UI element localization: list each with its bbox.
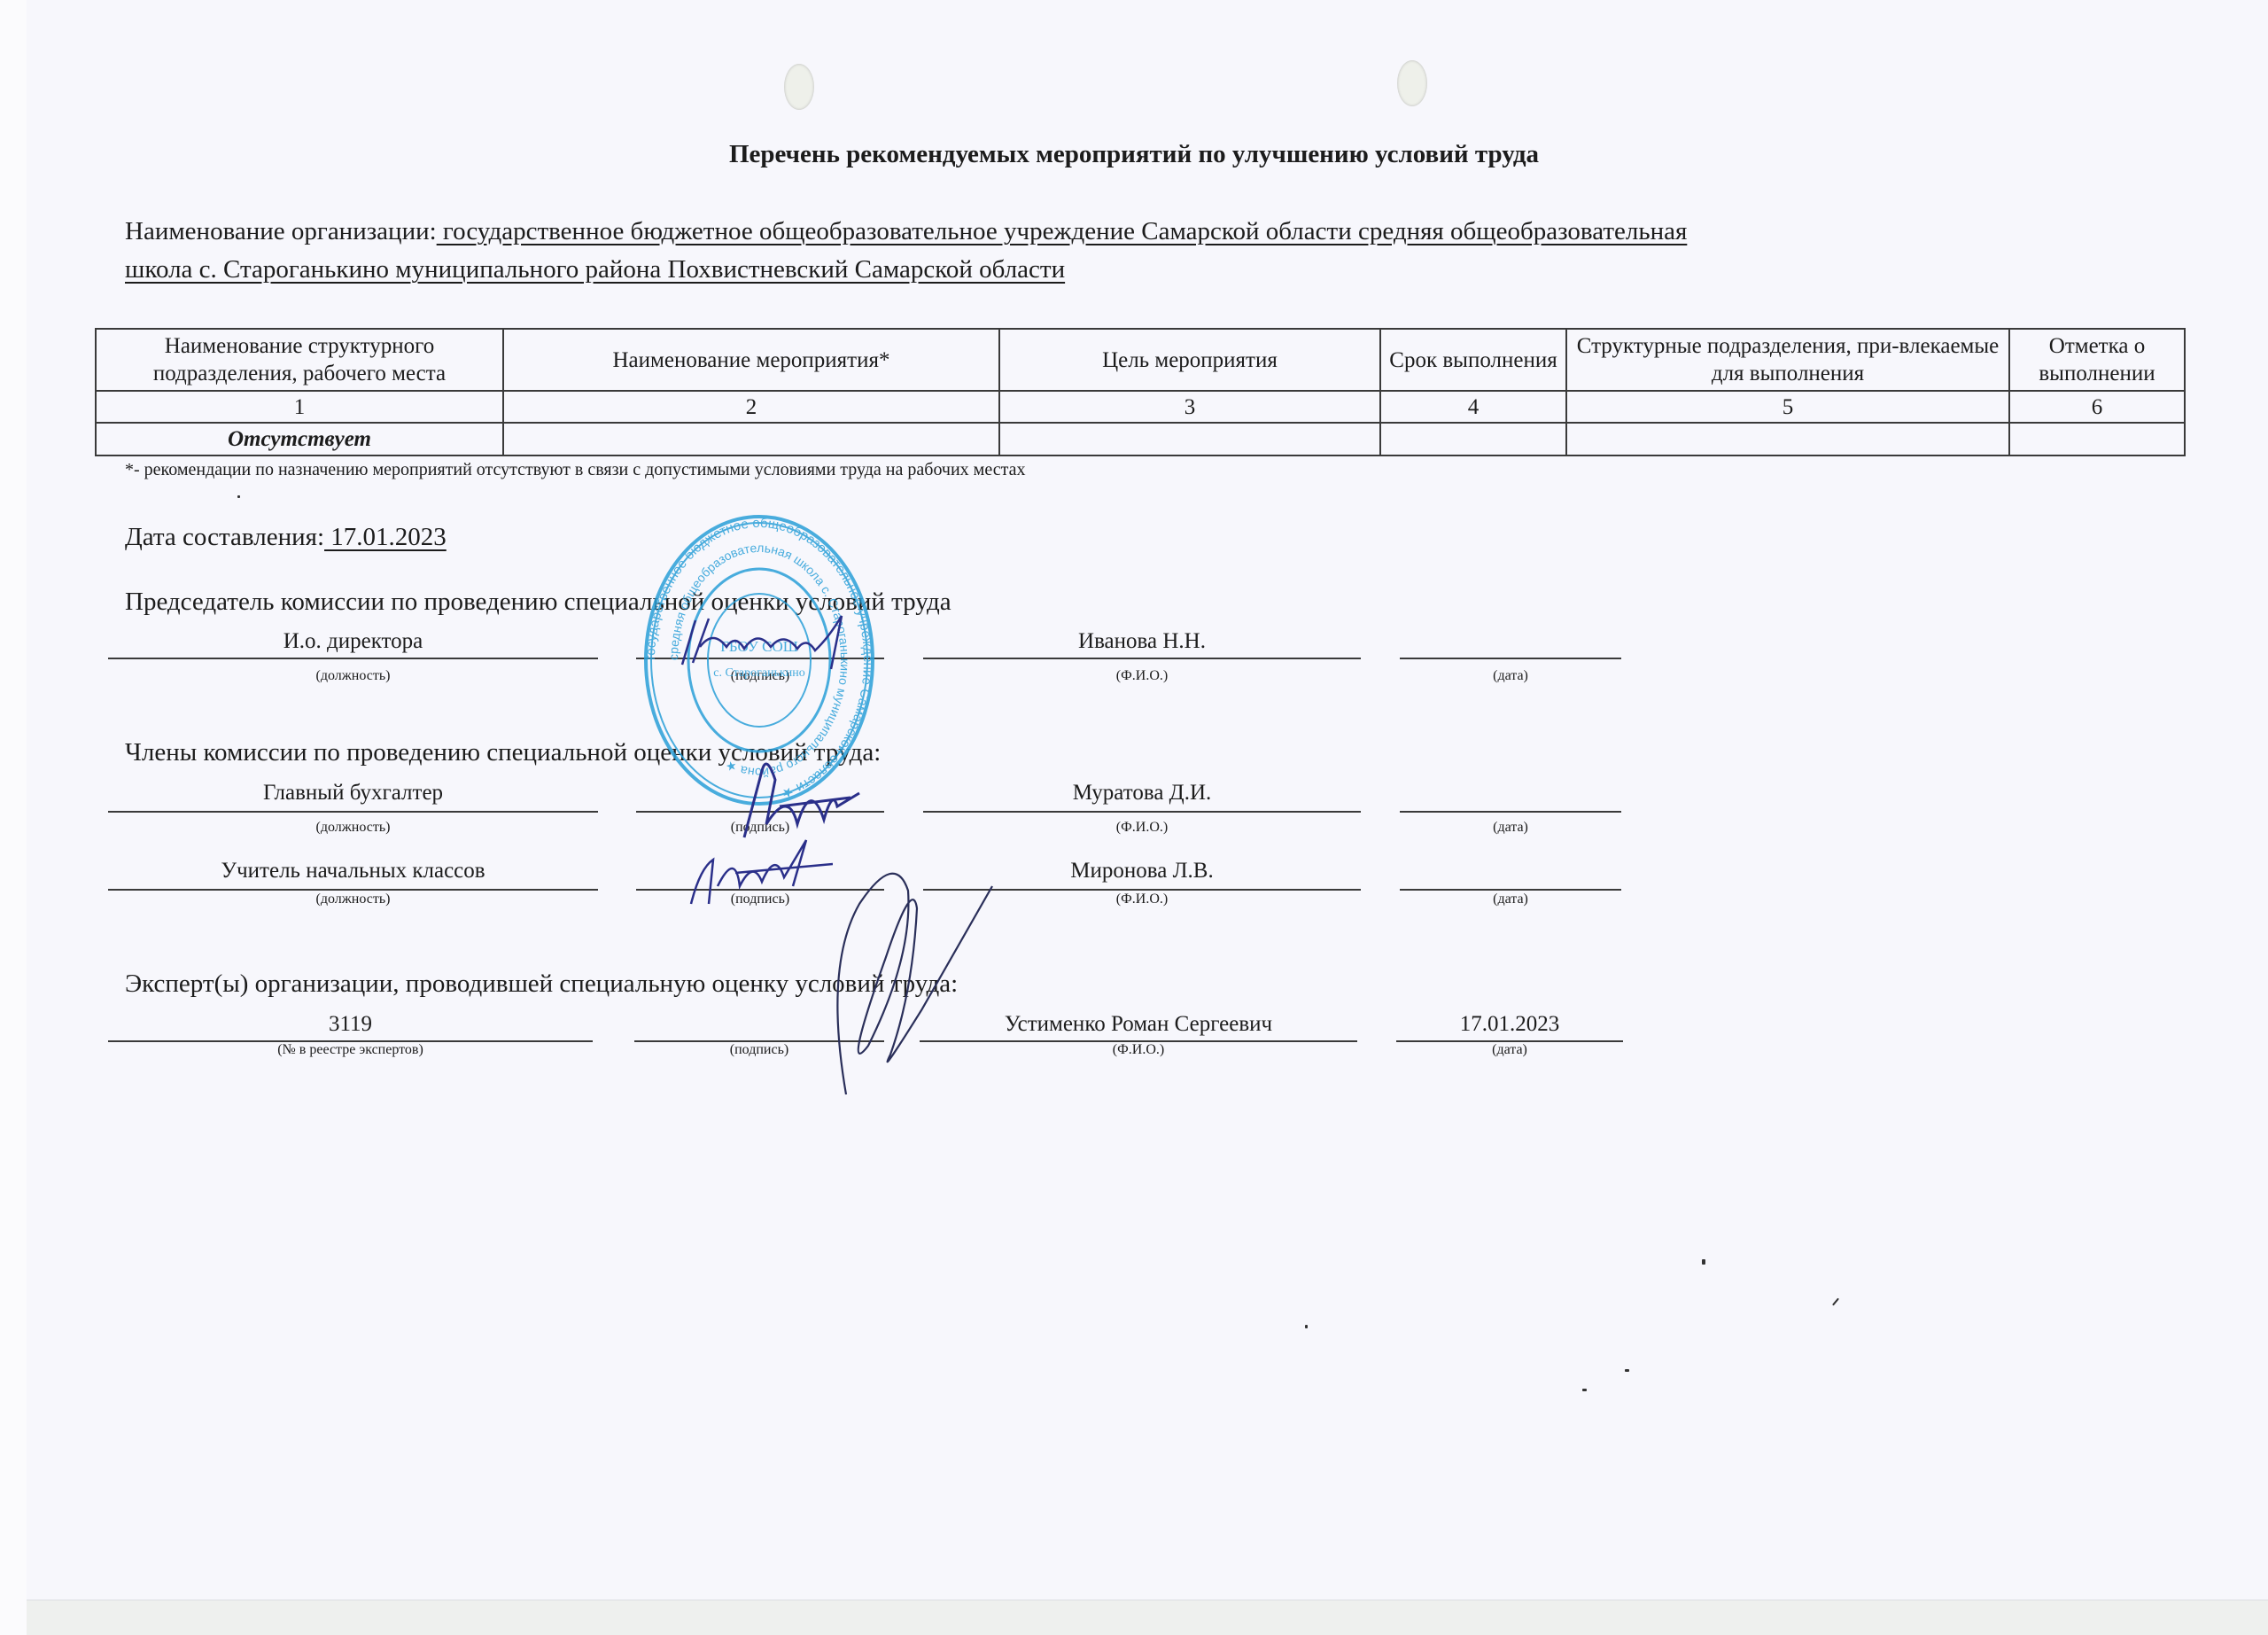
table-cell	[1566, 423, 2009, 455]
compiled-date-label: Дата составления:	[125, 523, 324, 551]
table-cell	[1380, 423, 1566, 455]
member-2-date-line	[1400, 889, 1621, 891]
organization-name-line2: школа с. Староганькино муниципального ра…	[125, 255, 1065, 284]
chairman-name-line	[923, 658, 1361, 659]
member-1-position: Главный бухгалтер	[108, 781, 598, 806]
caption-date: (дата)	[1396, 1042, 1623, 1058]
caption-position: (должность)	[108, 891, 598, 907]
column-number: 1	[96, 391, 503, 423]
header-cell: Наименование мероприятия*	[503, 329, 999, 391]
measures-table: Наименование структурного подразделения,…	[95, 328, 2186, 456]
caption-position: (должность)	[108, 668, 598, 684]
column-number: 4	[1380, 391, 1566, 423]
scan-speck	[1582, 1389, 1587, 1391]
member-2-position: Учитель начальных классов	[108, 859, 598, 884]
expert-date: 17.01.2023	[1396, 1012, 1623, 1037]
chairman-name: Иванова Н.Н.	[923, 629, 1361, 654]
header-cell: Наименование структурного подразделения,…	[96, 329, 503, 391]
table-cell	[503, 423, 999, 455]
organization-block: Наименование организации: государственно…	[125, 213, 2189, 289]
scan-speck	[1625, 1369, 1629, 1372]
column-number: 3	[999, 391, 1380, 423]
punch-hole-right	[1397, 60, 1427, 106]
table-cell	[2009, 423, 2185, 455]
compiled-date-block: Дата составления: 17.01.2023	[125, 523, 447, 552]
caption-date: (дата)	[1400, 891, 1621, 907]
table-footnote: *- рекомендации по назначению мероприяти…	[125, 460, 1025, 480]
organization-name-line1: государственное бюджетное общеобразовате…	[437, 217, 1688, 245]
expert-registry-number: 3119	[108, 1012, 593, 1037]
chairman-date-line	[1400, 658, 1621, 659]
header-cell: Срок выполнения	[1380, 329, 1566, 391]
table-cell: Отсутствует	[96, 423, 503, 455]
caption-date: (дата)	[1400, 820, 1621, 836]
member-1-date-line	[1400, 811, 1621, 813]
caption-name: (Ф.И.О.)	[923, 820, 1361, 836]
column-number: 5	[1566, 391, 2009, 423]
table-row: Отсутствует	[96, 423, 2185, 455]
scan-edge	[0, 0, 27, 1635]
chairman-signature-icon	[673, 611, 886, 673]
header-cell: Структурные подразделения, при-влекаемые…	[1566, 329, 2009, 391]
chairman-position: И.о. директора	[108, 629, 598, 654]
member-1-name-line	[923, 811, 1361, 813]
caption-name: (Ф.И.О.)	[923, 668, 1361, 684]
punch-hole-left	[784, 64, 814, 110]
compiled-date-value: 17.01.2023	[324, 523, 447, 551]
organization-label: Наименование организации:	[125, 217, 437, 245]
scan-speck	[237, 495, 240, 498]
header-cell: Цель мероприятия	[999, 329, 1380, 391]
expert-signature-icon	[806, 842, 1001, 1099]
table-header-row: Наименование структурного подразделения,…	[96, 329, 2185, 391]
caption-position: (должность)	[108, 820, 598, 836]
member-2-position-line	[108, 889, 598, 891]
chairman-position-line	[108, 658, 598, 659]
member-1-name: Муратова Д.И.	[923, 781, 1361, 806]
scan-speck	[1702, 1259, 1705, 1265]
column-number: 2	[503, 391, 999, 423]
document-title: Перечень рекомендуемых мероприятий по ул…	[0, 140, 2268, 169]
caption-date: (дата)	[1400, 668, 1621, 684]
caption-registry: (№ в реестре экспертов)	[108, 1042, 593, 1058]
table-number-row: 1 2 3 4 5 6	[96, 391, 2185, 423]
member-1-signature-icon	[726, 753, 886, 842]
table-cell	[999, 423, 1380, 455]
column-number: 6	[2009, 391, 2185, 423]
member-1-position-line	[108, 811, 598, 813]
scanner-bed-strip	[27, 1600, 2268, 1635]
scan-speck	[1305, 1325, 1308, 1328]
header-cell: Отметка о выполнении	[2009, 329, 2185, 391]
